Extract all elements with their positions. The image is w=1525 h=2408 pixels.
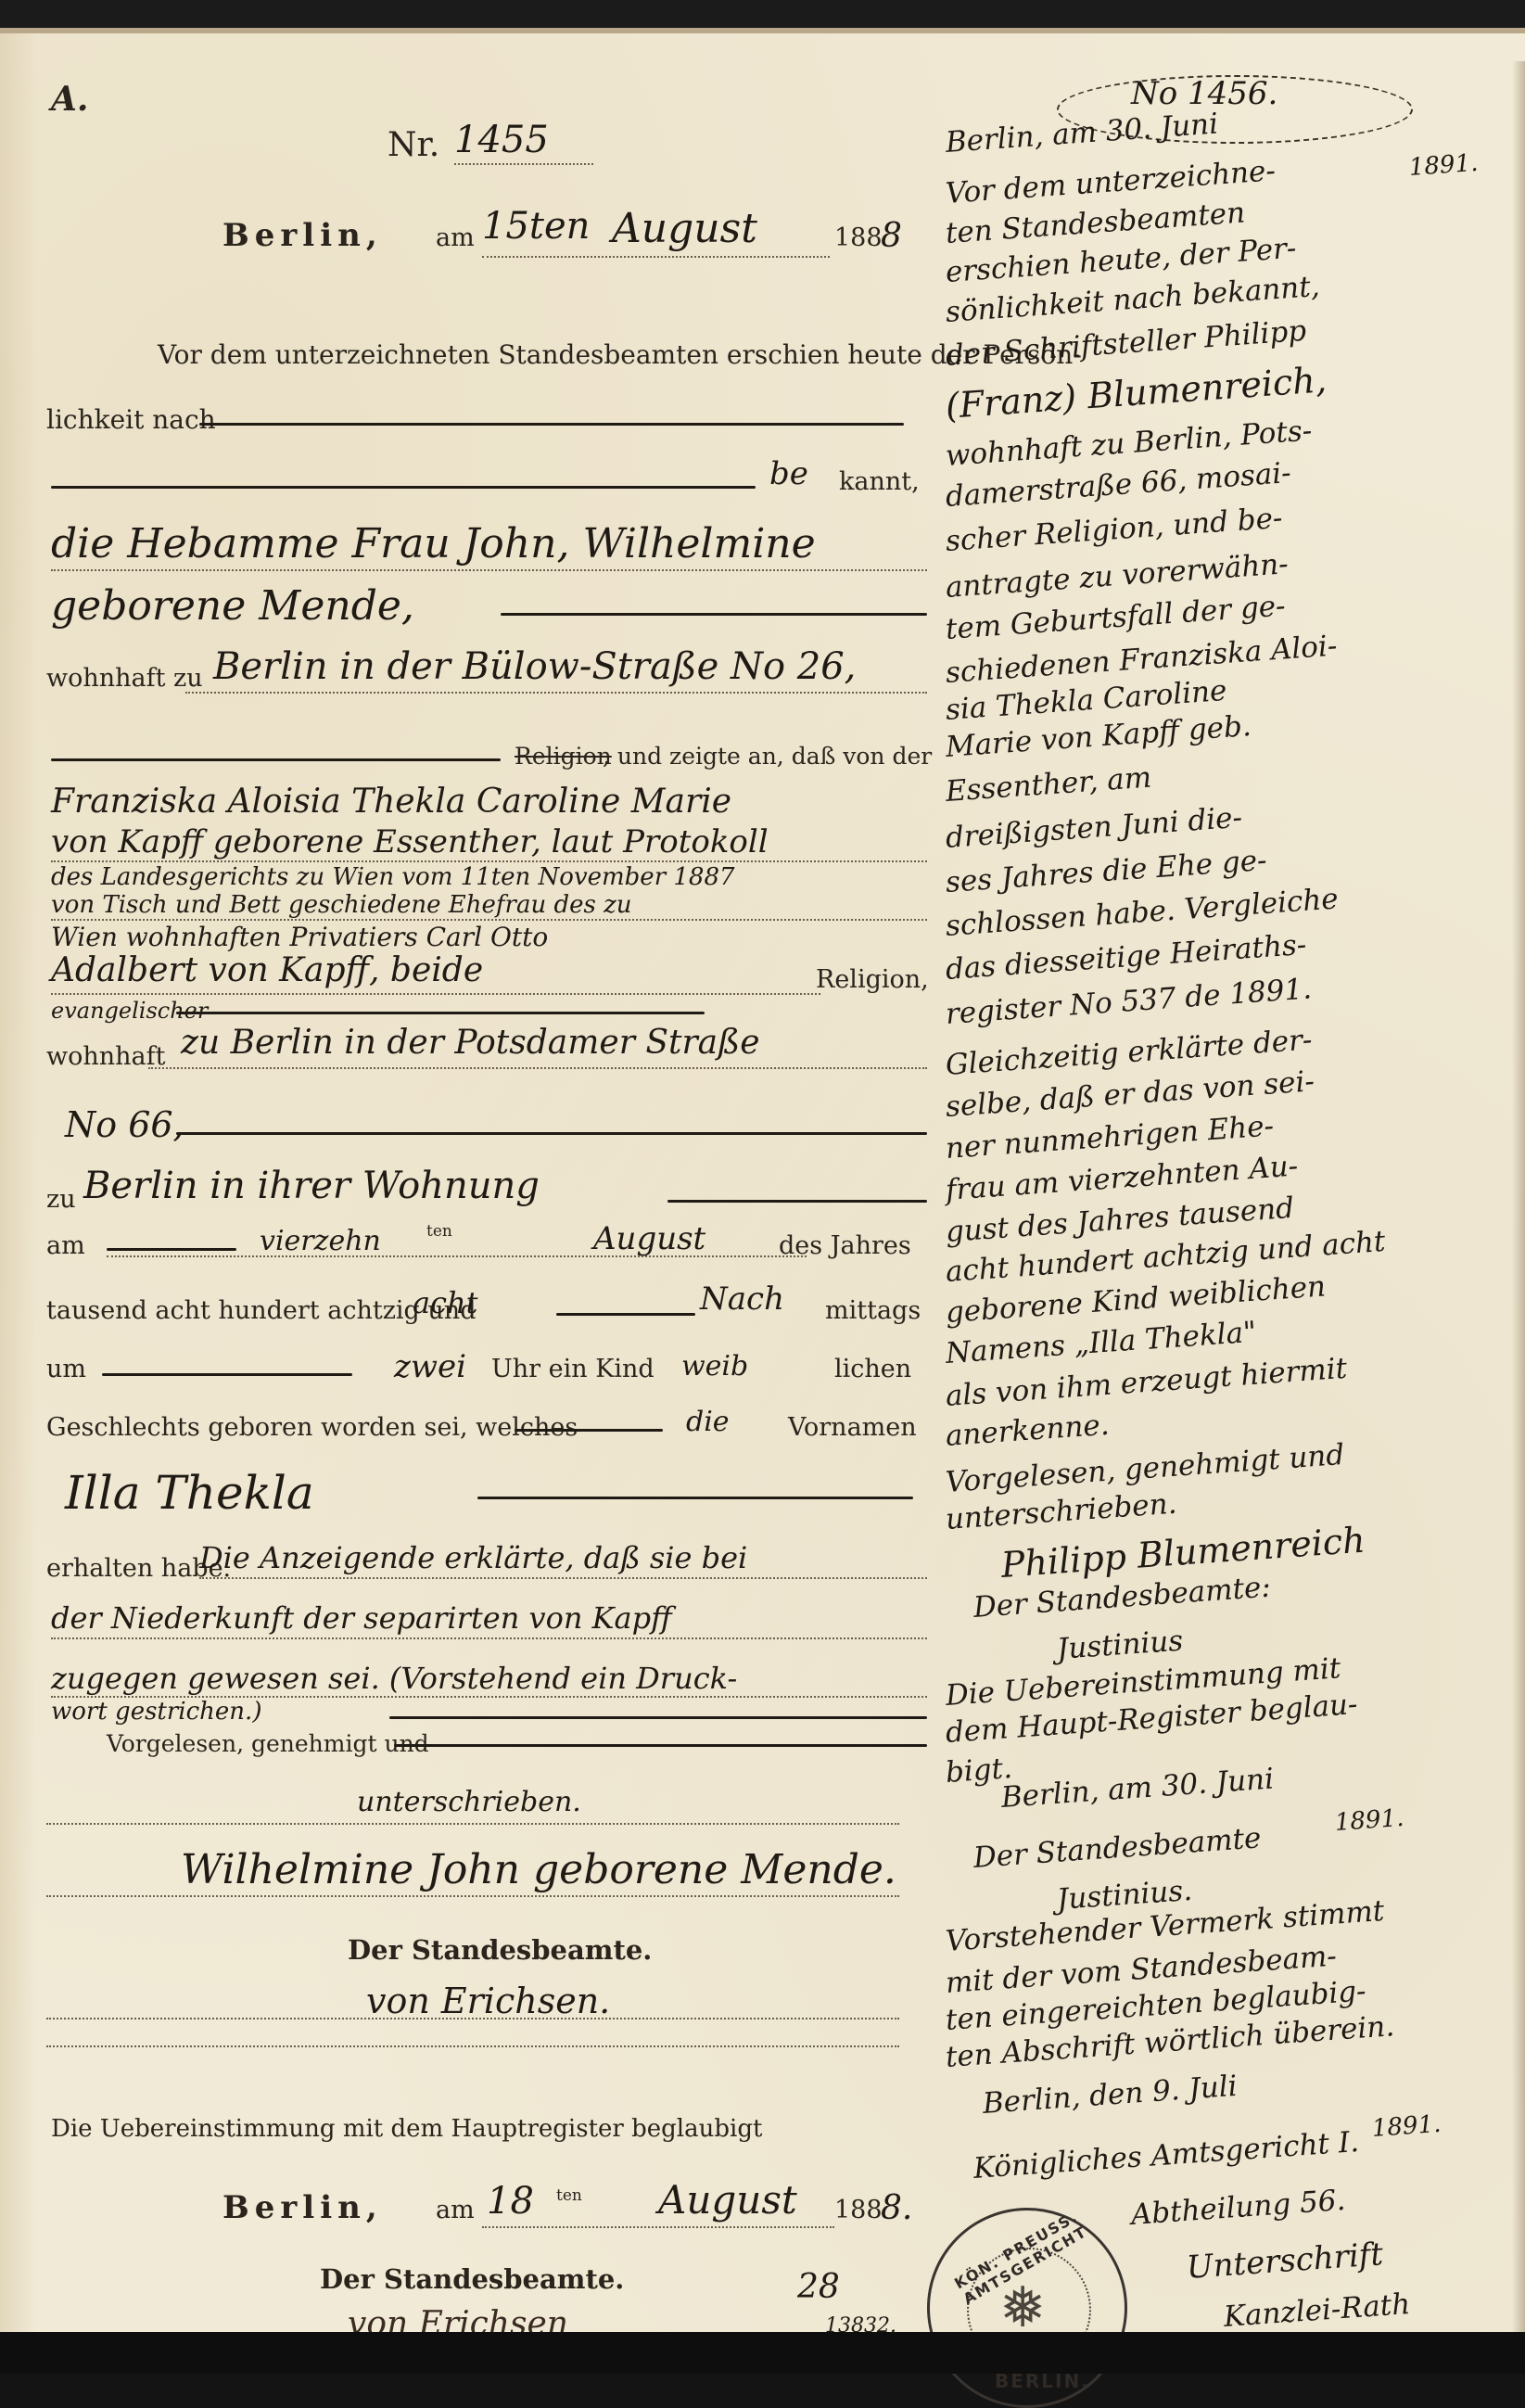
cert-day-suffix: ten (556, 2186, 582, 2205)
known-print: kannt, (839, 467, 920, 496)
margin-signature: Justinius (1056, 1624, 1185, 1666)
margin-line: Berlin, den 9. Juli (982, 2070, 1239, 2121)
margin-line: 1891. (1408, 149, 1479, 182)
separator-rule (46, 2045, 899, 2047)
mother-residence-hand: zu Berlin in der Potsdamer Straße (181, 1024, 760, 1062)
margin-line: dreißigsten Juni die- (945, 801, 1243, 855)
informant-signature-rule (46, 1895, 899, 1897)
cert-am: am (436, 2196, 475, 2224)
cert-registrar-title: Der Standesbeamte. (320, 2263, 624, 2295)
mother-line-2: von Kapff geborene Essenther, laut Proto… (51, 823, 769, 860)
known-hand: be (769, 455, 808, 492)
registrar-signature-rule (46, 2018, 899, 2019)
margin-signature: Unterschrift (1186, 2236, 1385, 2287)
remark-rule-1 (199, 1577, 927, 1579)
mother-rule-2 (51, 860, 927, 862)
header-year-hand: 8 (881, 217, 902, 255)
cert-month: August (658, 2177, 797, 2223)
mother-line-6: Adalbert von Kapff, beide (51, 951, 483, 989)
scan-frame-top (0, 0, 1525, 28)
page-binding-edge (1512, 61, 1525, 2365)
sex-hand: weib (681, 1350, 748, 1382)
blank-dash (107, 1248, 236, 1251)
religion-struck: Religion (515, 743, 612, 770)
remark-line-3: zugegen gewesen sei. (Vorstehend ein Dru… (51, 1661, 737, 1696)
date-day-suffix: ten (426, 1222, 452, 1241)
form-letter: A. (51, 80, 88, 119)
names-article-hand: die (686, 1406, 730, 1438)
birthplace-hand: Berlin in ihrer Wohnung (83, 1165, 540, 1207)
blank-dash (394, 1744, 927, 1747)
date-year-label: des Jahres (779, 1231, 911, 1260)
religion-hand: evangelischer (51, 998, 208, 1024)
header-year-printed: 188 (834, 223, 883, 252)
margin-line: Der Standesbeamte (972, 1821, 1263, 1875)
cert-year-hand: 8. (881, 2189, 912, 2227)
mother-line-3: des Landesgerichts zu Wien vom 11ten Nov… (51, 863, 735, 891)
margin-line: Berlin, am 30. Juni (945, 107, 1219, 159)
blank-dash (667, 1200, 927, 1203)
margin-line: Berlin, am 30. Juni (1000, 1762, 1275, 1814)
registrar-title: Der Standesbeamte. (348, 1934, 652, 1966)
date-rule (107, 1255, 807, 1257)
margin-line: 1891. (1334, 1804, 1404, 1837)
certification-text: Die Uebereinstimmung mit dem Hauptregist… (51, 2115, 762, 2143)
intro-line-2: lichkeit nach (46, 404, 216, 435)
time-print: Uhr ein Kind (491, 1355, 654, 1383)
remark-line-4: wort gestrichen.) (51, 1698, 261, 1726)
ampm-print: mittags (825, 1296, 921, 1325)
signed-rule (46, 1823, 899, 1825)
names-label: Vornamen (788, 1413, 917, 1442)
file-number-top: 28 (797, 2268, 840, 2306)
blank-dash (477, 1497, 913, 1499)
header-date-rule (482, 256, 830, 258)
blank-dash (199, 423, 904, 426)
birthplace-label: zu (46, 1185, 76, 1214)
mother-residence-rule (148, 1067, 927, 1069)
child-names: Illa Thekla (65, 1466, 314, 1520)
registrar-signature: von Erichsen. (366, 1981, 610, 2021)
time-label: um (46, 1355, 86, 1383)
mother-line-5: Wien wohnhaften Privatiers Carl Otto (51, 922, 548, 952)
residence-hand: Berlin in der Bülow-Straße No 26, (213, 645, 856, 688)
cert-day: 18 (487, 2180, 534, 2223)
ampm-hand: Nach (700, 1280, 784, 1318)
informant-line-1: die Hebamme Frau John, Wilhelmine (51, 520, 816, 567)
cert-year-printed: 188 (834, 2196, 883, 2224)
header-am: am (436, 223, 475, 252)
header-day: 15ten (482, 205, 590, 248)
register-page: A. Nr. 1455 Berlin, am 15ten August 188 … (0, 28, 1525, 2338)
mother-residence-no: No 66, (65, 1104, 184, 1145)
date-day-hand: vierzehn (260, 1225, 381, 1257)
date-month-hand: August (593, 1220, 705, 1257)
date-am: am (46, 1231, 85, 1260)
margin-line: Kanzlei-Rath (1223, 2287, 1412, 2334)
blank-dash (176, 1132, 927, 1135)
mother-rule-6 (51, 993, 820, 995)
remark-line-2: der Niederkunft der separirten von Kapff (51, 1600, 672, 1636)
time-hand: zwei (394, 1348, 466, 1385)
number-label: Nr. (388, 126, 439, 164)
scan-frame-bottom (0, 2332, 1525, 2374)
blank-dash (556, 1313, 695, 1316)
signed-hand: unterschrieben. (357, 1786, 581, 1818)
margin-line: Essenther, am (945, 761, 1153, 809)
remark-line-1: Die Anzeigende erklärte, daß sie bei (199, 1540, 747, 1575)
cert-city: Berlin, (222, 2189, 383, 2226)
blank-dash (51, 486, 756, 489)
remark-rule-2 (51, 1637, 927, 1639)
blank-dash (515, 1429, 663, 1432)
intro-line-1: Vor dem unterzeichneten Standesbeamten e… (158, 339, 1082, 370)
blank-dash (501, 613, 927, 616)
residence-rule (185, 692, 927, 694)
mother-line-1: Franziska Aloisia Thekla Caroline Marie (51, 783, 731, 821)
blank-dash (389, 1716, 927, 1719)
margin-line: Königliches Amtsgericht I. (972, 2125, 1360, 2185)
mother-line-4: von Tisch und Bett geschiedene Ehefrau d… (51, 891, 632, 919)
blank-dash (51, 758, 501, 761)
mother-rule-4 (51, 919, 927, 921)
header-month: August (612, 205, 757, 252)
read-approved-label: Vorgelesen, genehmigt und (107, 1730, 429, 1757)
margin-line: 1891. (1371, 2110, 1442, 2143)
cert-date-rule (482, 2226, 834, 2228)
informant-line-2: geborene Mende, (51, 582, 414, 630)
year-words-hand: acht (413, 1285, 477, 1320)
margin-line: anerkenne. (945, 1408, 1111, 1453)
blank-dash (176, 1012, 705, 1014)
informant-signature: Wilhelmine John geborene Mende. (181, 1846, 896, 1893)
declared-text: , und zeigte an, daß von der (603, 743, 932, 770)
religion-label: Religion, (816, 965, 929, 994)
year-words-print: tausend acht hundert achtzig und (46, 1296, 476, 1325)
sex-print: lichen (834, 1355, 911, 1383)
residence-label: wohnhaft zu (46, 664, 203, 693)
margin-line: Abtheilung 56. (1130, 2184, 1347, 2232)
blank-dash (102, 1373, 352, 1376)
informant-rule-1 (51, 569, 927, 571)
number-rule (454, 163, 593, 165)
header-city: Berlin, (222, 217, 383, 254)
record-number: 1455 (454, 119, 549, 161)
born-print: Geschlechts geboren worden sei, welches (46, 1413, 578, 1442)
margin-annotation: Berlin, am 30. Juni 1891. Vor dem unterz… (946, 70, 1511, 2361)
